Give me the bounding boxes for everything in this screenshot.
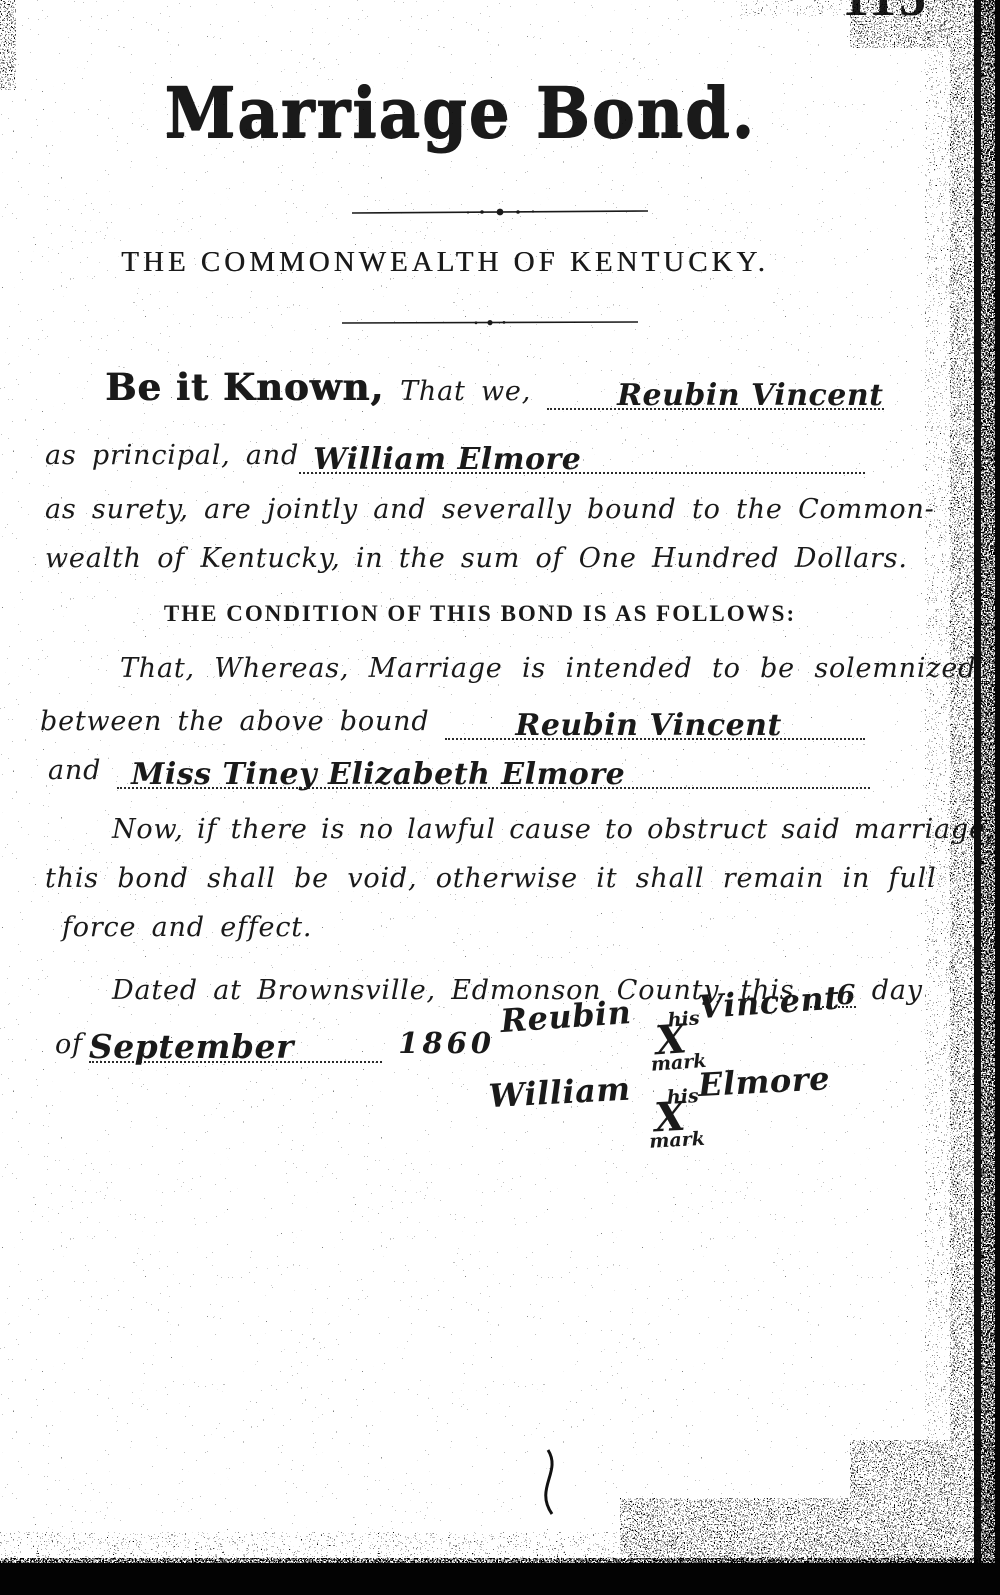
scan-noise-right-edge: [981, 0, 996, 1595]
groom-name-field: Reubin Vincent: [445, 703, 865, 740]
signature-first-name: William: [488, 1070, 632, 1115]
that-we-label: That we,: [400, 376, 531, 407]
scan-noise-bottom-right-dense: [620, 1498, 1000, 1564]
scan-noise-overlay: [0, 0, 1000, 1595]
scan-noise-corner-dense: [850, 1440, 1000, 1564]
void-clause-line3: force and effect.: [62, 912, 312, 943]
as-principal-label: as principal, and: [45, 440, 299, 471]
principal-name-field: Reubin Vincent: [547, 373, 883, 410]
surety-name-field: William Elmore: [299, 437, 865, 474]
divider-rule: [340, 315, 640, 325]
be-it-known-label: Be it Known,: [105, 365, 384, 409]
scan-noise-right-faint: [880, 0, 940, 1595]
bride-name-entry: Miss Tiney Elizabeth Elmore: [117, 757, 625, 792]
his-label: his: [667, 1089, 699, 1106]
bride-line: and Miss Tiney Elizabeth Elmore: [48, 752, 870, 789]
principal-line: Be it Known, That we, Reubin Vincent: [105, 365, 865, 410]
commonwealth-heading: THE COMMONWEALTH OF KENTUCKY.: [0, 246, 890, 279]
month-year-line: of September 1860: [55, 1022, 495, 1063]
scan-noise-right-dense: [950, 0, 980, 1595]
surety-clause-line1: as surety, are jointly and severally bou…: [45, 494, 935, 525]
whereas-line1: That, Whereas, Marriage is intended to b…: [120, 653, 976, 684]
divider-rule: [350, 204, 650, 214]
groom-name-entry: Reubin Vincent: [445, 708, 781, 743]
bride-name-field: Miss Tiney Elizabeth Elmore: [117, 752, 870, 789]
void-clause-line1: Now, if there is no lawful cause to obst…: [112, 814, 995, 845]
divider-rule-icon: [340, 318, 640, 328]
signature-last-name: Elmore: [697, 1059, 831, 1104]
scan-binding-line: [974, 0, 981, 1595]
of-label: of: [55, 1029, 83, 1060]
scan-bottom-bar: [0, 1563, 1000, 1595]
month-entry: September: [89, 1027, 294, 1066]
scan-bar-ragged-top: [0, 1558, 1000, 1564]
surety-signature: William his X mark Elmore: [488, 1059, 834, 1160]
condition-heading: THE CONDITION OF THIS BOND IS AS FOLLOWS…: [30, 601, 930, 627]
between-bound-label: between the above bound: [40, 706, 429, 737]
scanned-marriage-bond-document: 115 Marriage Bond. THE COMMONWEALTH OF K…: [0, 0, 1000, 1595]
his-label: his: [667, 1011, 700, 1028]
page-number: 115: [842, 0, 929, 24]
scan-right-edge-bar: [995, 0, 1000, 1595]
month-field: September: [89, 1022, 382, 1063]
year-entry: 1860: [398, 1026, 495, 1060]
surety-line: as principal, and William Elmore: [45, 437, 865, 474]
principal-name-entry: Reubin Vincent: [547, 378, 883, 413]
surety-name-entry: William Elmore: [299, 442, 581, 477]
his-mark-block: his X mark: [641, 1005, 701, 1075]
scan-noise-page: [0, 0, 1000, 1595]
scan-noise-top-left: [0, 0, 16, 90]
surety-clause-line2: wealth of Kentucky, in the sum of One Hu…: [45, 543, 908, 574]
stray-pen-stroke: [546, 1450, 552, 1514]
mark-label: mark: [649, 1132, 705, 1150]
and-label: and: [48, 755, 101, 786]
divider-rule-icon: [350, 207, 650, 217]
scan-noise-right-medium: [925, 0, 960, 1595]
day-label: day: [872, 975, 923, 1006]
document-title: Marriage Bond.: [40, 73, 880, 154]
scan-noise-bottom-medium: [0, 1532, 1000, 1564]
signature-first-name: Reubin: [499, 993, 632, 1040]
groom-line: between the above bound Reubin Vincent: [40, 703, 865, 740]
void-clause-line2: this bond shall be void, otherwise it sh…: [45, 863, 936, 894]
his-mark-block: his X mark: [640, 1083, 699, 1152]
